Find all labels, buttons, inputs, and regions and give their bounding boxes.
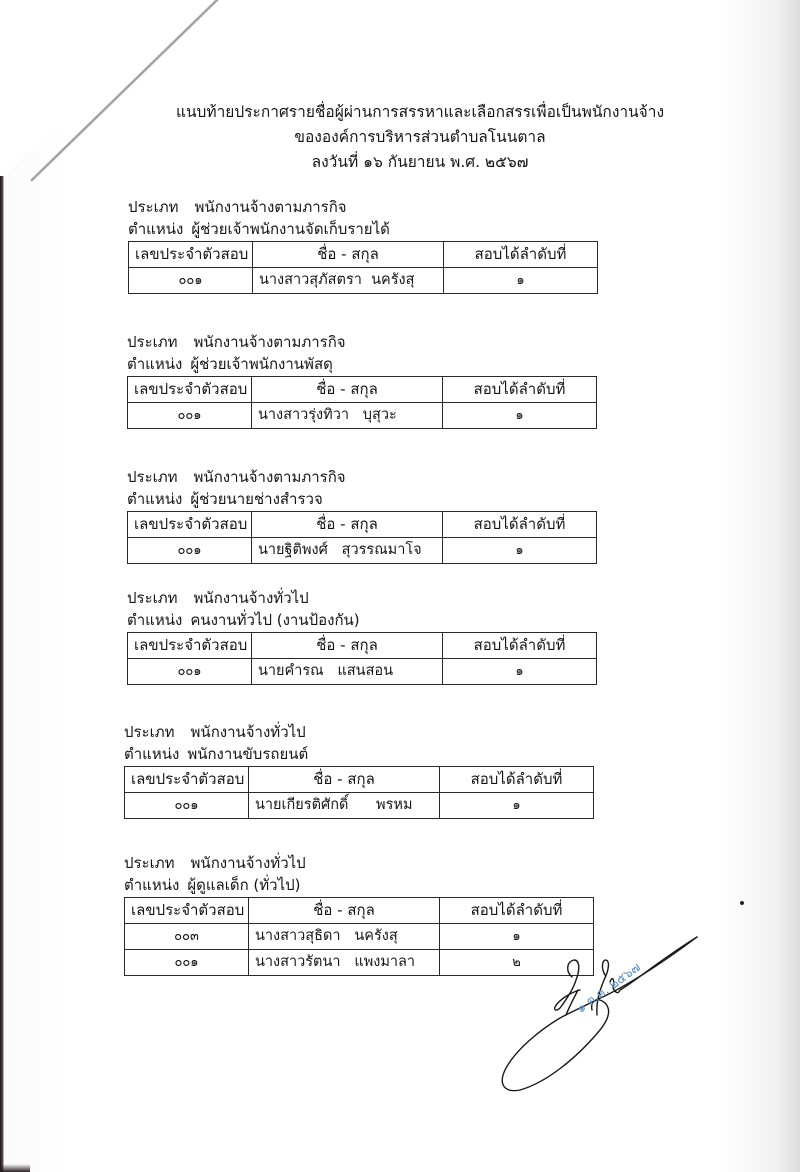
scanned-page: แนบท้ายประกาศรายชื่อผู้ผ่านการสรรหาและเล… — [0, 0, 800, 1172]
signature — [0, 0, 800, 1172]
